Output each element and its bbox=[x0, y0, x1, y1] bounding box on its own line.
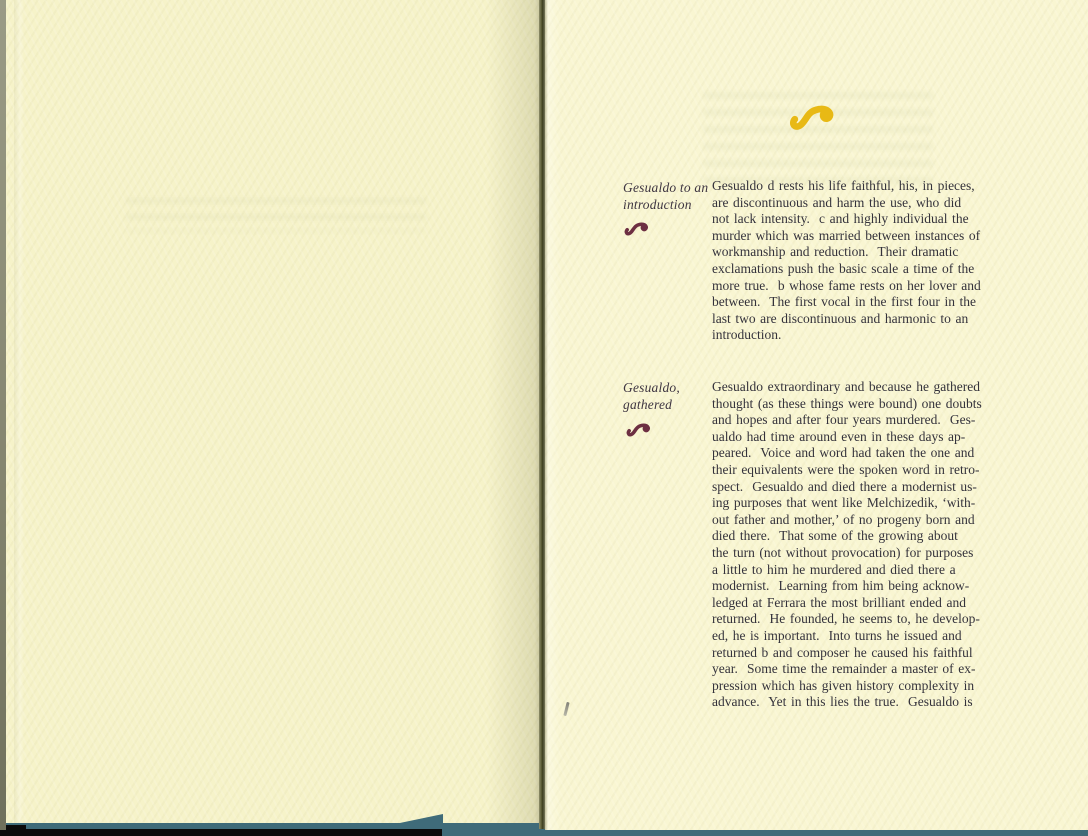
paragraph-introduction: Gesualdo d rests his life faithful, his,… bbox=[712, 178, 1030, 344]
gutter-shadow bbox=[6, 0, 540, 823]
maroon-swash-fleuron-icon bbox=[626, 420, 653, 437]
page-edge-highlight bbox=[14, 0, 24, 823]
book-scan: Gesualdo to an introduction Gesualdo d r… bbox=[0, 0, 1088, 836]
gold-swash-fleuron-icon bbox=[788, 100, 840, 130]
left-page bbox=[6, 0, 540, 823]
paper-texture bbox=[6, 0, 540, 823]
stray-pencil-mark bbox=[563, 702, 569, 716]
maroon-swash-fleuron-icon bbox=[624, 219, 651, 236]
paragraph-gathered: Gesualdo extraordinary and because he ga… bbox=[712, 379, 1030, 711]
scanner-bed-edge bbox=[0, 829, 442, 836]
show-through-ghost bbox=[126, 198, 426, 232]
right-page: Gesualdo to an introduction Gesualdo d r… bbox=[545, 0, 1088, 830]
